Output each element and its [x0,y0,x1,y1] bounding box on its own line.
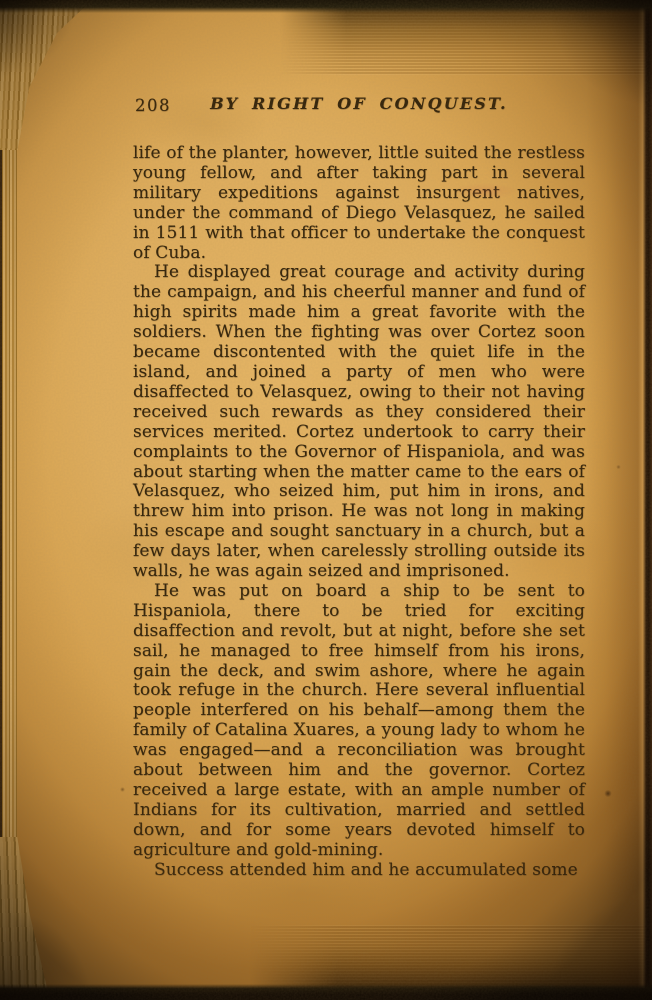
top-dark-scan-edge [0,0,652,13]
right-page-edge [586,0,652,1000]
ink-speck [616,465,621,469]
paragraph: life of the planter, however, little sui… [133,144,585,263]
ink-speck [120,787,125,792]
bottom-dark-scan-edge [0,984,652,1000]
page-number: 208 [135,96,171,115]
body-text: life of the planter, however, little sui… [133,144,585,881]
running-title: BY RIGHT OF CONQUEST. [210,94,508,113]
scanned-book-page: 208 BY RIGHT OF CONQUEST. life of the pl… [0,0,652,1000]
paragraph: He was put on board a ship to be sent to… [133,582,585,861]
paragraph: He displayed great courage and activity … [133,263,585,582]
ink-speck [604,790,612,797]
paper-stain [452,183,518,199]
page-header: 208 BY RIGHT OF CONQUEST. [133,94,585,113]
page-content: 208 BY RIGHT OF CONQUEST. life of the pl… [16,5,648,991]
paragraph: Success attended him and he accumulated … [133,861,585,881]
